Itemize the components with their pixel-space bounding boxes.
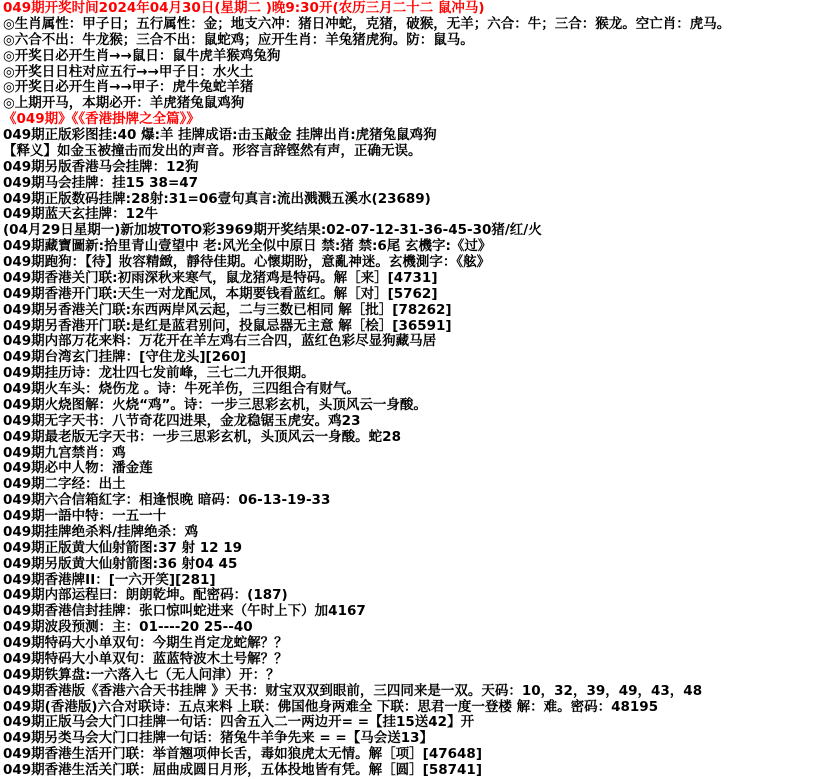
text-line: 049期正版数码挂牌:28射:31=06壹句真言:流出溅溅五溪水(23689) xyxy=(3,192,818,208)
text-line: ◎开奖日必开生肖→→甲子：虎牛兔蛇羊猪 xyxy=(3,80,818,96)
text-line: 049期另版黄大仙射箭图:36 射04 45 xyxy=(3,557,818,573)
text-line: 049期另版香港马会挂牌：12狗 xyxy=(3,160,818,176)
text-line: 049期香港生活关门联：屈曲成圆日月形，五体投地皆有凭。解［圆］[58741] xyxy=(3,763,818,779)
text-line: 049期(香港版)六合对联诗：五点来料 上联：佛国他身两难全 下联：思君一度一登… xyxy=(3,700,818,716)
text-line: 049期香港版《香港六合天书挂牌 》天书：财宝双双到眼前，三四同来是一双。天码：… xyxy=(3,684,818,700)
text-line: (04月29日星期一)新加坡TOTO彩3969期开奖结果:02-07-12-31… xyxy=(3,223,818,239)
text-line: 049期香港牌II：[一六开笑][281] xyxy=(3,573,818,589)
text-line: 049期藏寶圖新:拾里青山壹望中 老:风光全似中原日 禁:猪 禁:6尾 玄機字:… xyxy=(3,239,818,255)
text-line: 049期正版彩图挂:40 爆:羊 挂牌成语:击玉敲金 挂牌出肖:虎猪兔鼠鸡狗 xyxy=(3,128,818,144)
text-line: 049期特码大小单双句：今期生肖定龙蛇解？？ xyxy=(3,636,818,652)
text-line: 049期波段预测：主：01----20 25--40 xyxy=(3,620,818,636)
text-line: 049期另香港关门联:东西两岸风云起，二与三数已相同 解［批］[78262] xyxy=(3,303,818,319)
text-line: 【释义】如金玉被撞击而发出的声音。形容言辞铿然有声，正确无误。 xyxy=(3,144,818,160)
text-line: 049期必中人物：潘金莲 xyxy=(3,461,818,477)
text-line: 049期台湾玄门挂牌：[守住龙头][260] xyxy=(3,350,818,366)
text-line: 《049期》《《香港掛牌之全篇》》 xyxy=(3,112,818,128)
text-line: 049期一語中特：一五一十 xyxy=(3,509,818,525)
text-line: ◎六合不出：牛龙猴；三合不出：鼠蛇鸡；应开生肖：羊兔猪虎狗。防：鼠马。 xyxy=(3,33,818,49)
text-line: 049期开奖时间2024年04月30日(星期二 )晚9:30开(农历三月二十二 … xyxy=(3,1,818,17)
lottery-tips-document: 049期开奖时间2024年04月30日(星期二 )晚9:30开(农历三月二十二 … xyxy=(0,0,820,779)
text-line: 049期香港生活开门联：举首翘项伸长舌，毒如狼虎太无情。解［项］[47648] xyxy=(3,747,818,763)
text-line: 049期正版马会大门口挂牌一句话：四舍五入二一两边开= =【挂15送42】开 xyxy=(3,715,818,731)
text-line: ◎上期开马，本期必开：羊虎猪兔鼠鸡狗 xyxy=(3,96,818,112)
text-line: 049期香港开门联:天生一对龙配凤，本期要钱看蓝红。解［对］[5762] xyxy=(3,287,818,303)
text-line: 049期无字天书：八节奇花四进果，金龙稳锯玉虎安。鸡23 xyxy=(3,414,818,430)
text-line: 049期火车头：烧伤龙 。诗：牛死羊伤，三四组合有财气。 xyxy=(3,382,818,398)
text-line: 049期火烧图解：火烧“鸡”。诗：一步三思彩玄机，头顶风云一身酸。 xyxy=(3,398,818,414)
text-line: 049期挂历诗：龙壮四七发前峰，三七二九开很期。 xyxy=(3,366,818,382)
text-line: ◎生肖属性：甲子日；五行属性：金；地支六冲：猪日冲蛇，克猪，破猴，无羊；六合：牛… xyxy=(3,17,818,33)
text-line: 049期挂牌绝杀料/挂牌绝杀：鸡 xyxy=(3,525,818,541)
text-line: 049期铁算盘:一六落入七（无人问津）开：？ xyxy=(3,668,818,684)
text-line: 049期正版黄大仙射箭图:37 射 12 19 xyxy=(3,541,818,557)
text-line: ◎开奖日必开生肖→→鼠日：鼠牛虎羊猴鸡兔狗 xyxy=(3,49,818,65)
text-line: 049期六合信箱紅字：相逢恨晚 暗码：06-13-19-33 xyxy=(3,493,818,509)
text-line: 049期另类马会大门口挂牌一句话：猪兔牛羊争先来 = =【马会送13】 xyxy=(3,731,818,747)
text-line: 049期香港关门联:初雨深秋来寒气，鼠龙猪鸡是特码。解［来］[4731] xyxy=(3,271,818,287)
text-line: 049期九宫禁肖：鸡 xyxy=(3,446,818,462)
text-line: 049期香港信封挂牌：张口惊叫蛇进来（午时上下）加4167 xyxy=(3,604,818,620)
text-line: 049期内部运程曰：朗朗乾坤。配密码：(187) xyxy=(3,588,818,604)
text-line: 049期二字经：出土 xyxy=(3,477,818,493)
text-line: 049期最老版无字天书：一步三思彩玄机，头顶风云一身酸。蛇28 xyxy=(3,430,818,446)
text-line: 049期内部万花来料：万花开在羊左鸡右三合四，蓝红色彩尽显狗藏马居 xyxy=(3,334,818,350)
text-line: 049期蓝天玄挂牌：12牛 xyxy=(3,207,818,223)
text-line: 049期跑狗：【待】妝容精緻，靜待佳期。心懷期盼，意亂神迷。玄機測字：《舷》 xyxy=(3,255,818,271)
text-line: 049期马会挂牌：挂15 38=47 xyxy=(3,176,818,192)
text-line: 049期特码大小单双句：蓝蓝特波木土号解？？ xyxy=(3,652,818,668)
text-line: ◎开奖日日柱对应五行→→甲子日：水火土 xyxy=(3,65,818,81)
text-line: 049期另香港开门联:是红是蓝君别问，投鼠忌器无主意 解［桧］[36591] xyxy=(3,319,818,335)
